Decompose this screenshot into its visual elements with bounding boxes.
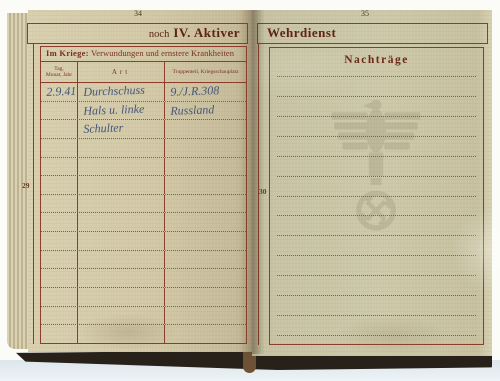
table-row: [41, 288, 246, 307]
table-cell-place: [165, 158, 246, 176]
table-title: Im Kriege: Verwundungen und ernstere Kra…: [41, 47, 246, 62]
table-row: [41, 325, 246, 343]
table-cell-art: [78, 307, 165, 325]
table-cell-art: [78, 251, 165, 269]
table-cell-place: 9./J.R.308: [165, 83, 246, 101]
table-row: [41, 195, 246, 214]
ruled-line: [277, 76, 476, 77]
table-rows: 2.9.41Durchschuss9./J.R.308Hals u. linke…: [41, 83, 246, 343]
ruled-line: [277, 196, 476, 197]
table-row: [41, 269, 246, 288]
table-row: [41, 213, 246, 232]
ruled-line: [277, 136, 476, 137]
table-row: [41, 251, 246, 270]
table-cell-date: [41, 269, 78, 287]
table-cell-art: [78, 269, 165, 287]
table-cell-place: [165, 288, 246, 306]
handwritten-entry: Schulter: [78, 119, 124, 138]
ruled-line: [277, 295, 476, 296]
table-cell-date: [41, 102, 78, 120]
table-cell-place: Russland: [165, 102, 246, 120]
ruled-line: [277, 116, 476, 117]
table-cell-date: [41, 251, 78, 269]
table-cell-art: [78, 232, 165, 250]
ruled-line: [277, 96, 476, 97]
table-cell-date: [41, 139, 78, 157]
column-header-date: Tag, Monat, Jahr: [41, 62, 78, 82]
left-page-number: 34: [123, 9, 153, 18]
ruled-line: [277, 176, 476, 177]
ruled-lines: [277, 76, 476, 336]
ruled-line: [277, 275, 476, 276]
ruled-line: [277, 335, 476, 336]
table-row: Schulter: [41, 120, 246, 139]
table-cell-place: [165, 251, 246, 269]
table-cell-art: Hals u. linke: [78, 102, 165, 120]
column-header-art: Art: [78, 62, 165, 82]
column-header-unit: Truppenteil, Kriegsschauplatz: [165, 62, 246, 82]
handwritten-entry: 2.9.41: [41, 82, 77, 100]
right-margin-number: 30: [259, 187, 267, 196]
left-margin-number: 29: [22, 181, 30, 190]
table-cell-date: [41, 195, 78, 213]
table-cell-date: [41, 213, 78, 231]
table-cell-art: [78, 213, 165, 231]
handwritten-entry: Durchschuss: [78, 81, 145, 100]
table-cell-art: Schulter: [78, 120, 165, 138]
table-cell-place: [165, 213, 246, 231]
table-title-lead: Im Kriege:: [46, 48, 89, 58]
table-cell-place: [165, 232, 246, 250]
table-row: [41, 307, 246, 326]
table-cell-place: [165, 325, 246, 343]
table-cell-place: [165, 195, 246, 213]
table-cell-date: [41, 176, 78, 194]
left-header-box: noch IV. Aktiver: [27, 23, 248, 44]
right-page-number: 35: [350, 9, 380, 18]
ruled-line: [277, 215, 476, 216]
table-cell-art: [78, 139, 165, 157]
table-title-rest: Verwundungen und ernstere Krankheiten: [89, 48, 234, 58]
table-cell-art: Durchschuss: [78, 83, 165, 101]
table-cell-place: [165, 176, 246, 194]
wounds-table: Im Kriege: Verwundungen und ernstere Kra…: [40, 46, 247, 344]
table-cell-art: [78, 158, 165, 176]
table-row: [41, 232, 246, 251]
table-row: [41, 139, 246, 158]
table-cell-date: [41, 120, 78, 138]
left-header-title: IV. Aktiver: [173, 25, 240, 40]
table-cell-place: [165, 307, 246, 325]
ruled-line: [277, 235, 476, 236]
table-cell-art: [78, 195, 165, 213]
handwritten-entry: Hals u. linke: [78, 99, 145, 118]
table-cell-date: [41, 158, 78, 176]
right-header-box: Wehrdienst: [257, 23, 488, 44]
table-cell-art: [78, 288, 165, 306]
table-cell-place: [165, 139, 246, 157]
handwritten-entry: Russland: [165, 100, 215, 119]
col1-line2: Monat, Jahr: [41, 72, 77, 79]
table-cell-date: [41, 307, 78, 325]
handwritten-entry: 9./J.R.308: [165, 81, 220, 100]
table-cell-place: [165, 120, 246, 138]
table-cell-date: [41, 325, 78, 343]
nachtraege-title: Nachträge: [270, 54, 483, 66]
table-cell-date: [41, 232, 78, 250]
table-cell-date: [41, 288, 78, 306]
nachtraege-box: Nachträge: [269, 47, 484, 345]
table-row: Hals u. linkeRussland: [41, 102, 246, 121]
table-cell-art: [78, 176, 165, 194]
table-cell-date: 2.9.41: [41, 83, 78, 101]
ruled-line: [277, 315, 476, 316]
table-cell-art: [78, 325, 165, 343]
ruled-line: [277, 255, 476, 256]
header-prefix: noch: [149, 29, 169, 40]
table-row: [41, 176, 246, 195]
table-cell-place: [165, 269, 246, 287]
left-margin-rule: [33, 43, 34, 344]
ruled-line: [277, 156, 476, 157]
wehrpass-scan: 34 noch IV. Aktiver 29 Im Kriege: Verwun…: [0, 0, 500, 381]
table-row: [41, 158, 246, 177]
